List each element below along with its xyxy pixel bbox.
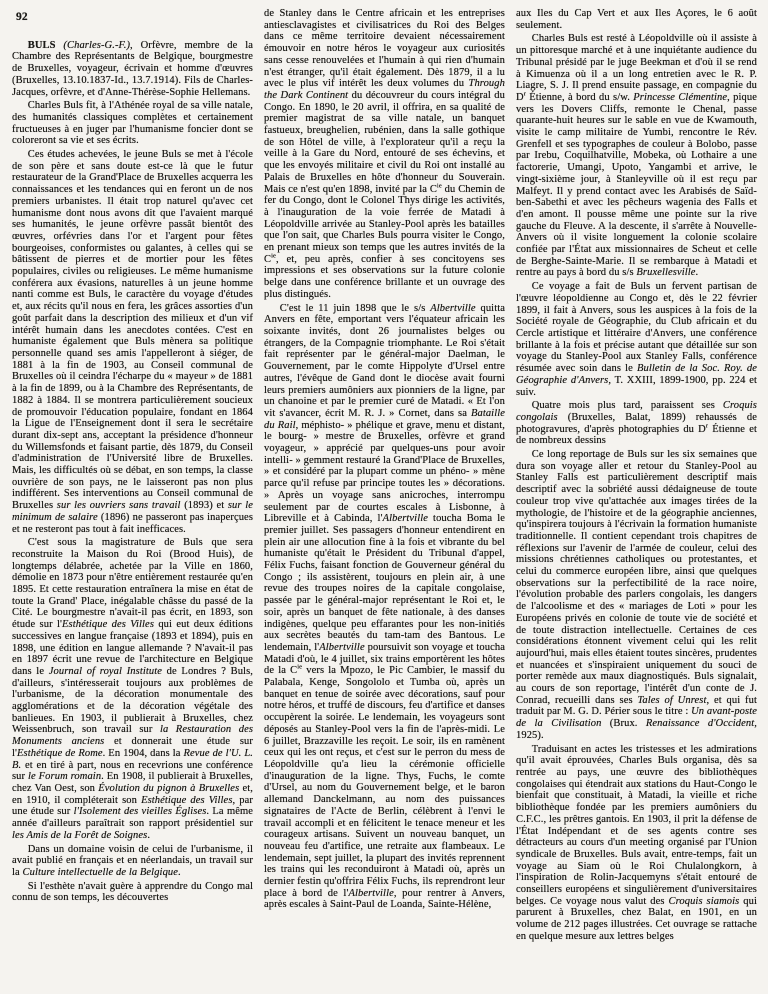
paragraph: Si l'esthète n'avait guère à apprendre d… (12, 881, 253, 904)
text-run: sur les ouvriers sans travail (57, 500, 181, 511)
paragraph: Traduisant en actes les tristesses et le… (516, 744, 757, 943)
text-run: Quatre mois plus tard, paraissent ses (532, 400, 723, 411)
column-1: 92 BULS (Charles-G.-F.), Orfèvre, membre… (12, 8, 253, 988)
text-run: . En 1904, dans la (103, 748, 184, 759)
text-run: Croquis siamois (668, 896, 739, 907)
paragraph: de Stanley dans le Centre africain et le… (264, 8, 505, 301)
text-run: Charles Buls fit, à l'Athénée royal de s… (12, 100, 253, 146)
paragraph: C'est le 11 juin 1898 que le s/s Albertv… (264, 303, 505, 912)
paragraph: Quatre mois plus tard, paraissent ses Cr… (516, 400, 757, 447)
text-run: Ces études achevées, le jeune Buls se me… (12, 149, 253, 511)
column-1-text: BULS (Charles-G.-F.), Orfèvre, membre de… (12, 40, 253, 904)
text-run: , et, peu après, confier à ses concitoye… (264, 254, 505, 300)
text-run: Albertville (319, 642, 364, 653)
text-run: Albertville (430, 303, 475, 314)
column-3-text: aux Iles du Cap Vert et aux Iles Açores,… (516, 8, 757, 943)
paragraph: Ce long reportage de Buls sur les six se… (516, 449, 757, 742)
text-run: (1893) et (181, 500, 228, 511)
text-run: du Chemin de fer du Congo, dont le Colon… (264, 184, 505, 265)
text-run: . (147, 830, 150, 841)
text-run: (Brux. (601, 718, 645, 729)
text-run: du découvreur du cours intégral du Congo… (264, 90, 505, 195)
text-run: Bruxellesville (636, 267, 695, 278)
text-run: l'Isolement des vieilles Églises (74, 806, 207, 817)
paragraph: Charles Buls est resté à Léopoldville où… (516, 33, 757, 279)
paragraph: Dans un domaine voisin de celui de l'urb… (12, 844, 253, 879)
page-number: 92 (16, 12, 253, 24)
text-run: Renaissance d'Occident (646, 718, 754, 729)
document-page: 92 BULS (Charles-G.-F.), Orfèvre, membre… (0, 0, 768, 994)
paragraph: aux Iles du Cap Vert et aux Iles Açores,… (516, 8, 757, 31)
column-3: aux Iles du Cap Vert et aux Iles Açores,… (516, 8, 757, 988)
text-run: Ce voyage a fait de Buls un fervent part… (516, 281, 757, 374)
text-run: Étienne, à bord du s/w. (526, 92, 633, 103)
text-run: BULS (28, 40, 64, 51)
text-run: Si l'esthète n'avait guère à apprendre d… (12, 881, 253, 904)
text-run: les Amis de la Forêt de Soignes (12, 830, 147, 841)
column-2: de Stanley dans le Centre africain et le… (264, 8, 505, 988)
text-run: Esthétique de Rome (17, 748, 103, 759)
paragraph: Charles Buls fit, à l'Athénée royal de s… (12, 100, 253, 147)
text-run: . (696, 267, 699, 278)
text-run: C'est le 11 juin 1898 que le s/s (280, 303, 430, 314)
text-run: Albertville (348, 888, 393, 899)
text-run: quitta Anvers en fête, emportant vers l'… (264, 303, 505, 419)
text-run: . (178, 867, 181, 878)
text-run: aux Iles du Cap Vert et aux Iles Açores,… (516, 8, 757, 31)
text-run: Tales of Unrest (637, 695, 706, 706)
text-run: Princesse Clémentine (633, 92, 727, 103)
text-run: , pique vers les Dovers Cliffs, remonte … (516, 92, 757, 279)
text-run: Albertville (383, 513, 428, 524)
paragraph: BULS (Charles-G.-F.), Orfèvre, membre de… (12, 40, 253, 99)
text-run: , méphisto- » phélique et grave, menu et… (264, 420, 505, 525)
paragraph: C'est sous la magistrature de Buls que s… (12, 537, 253, 841)
text-run: C'est sous la magistrature de Buls que s… (12, 537, 253, 630)
text-run: Traduisant en actes les tristesses et le… (516, 744, 757, 907)
text-run: Ce long reportage de Buls sur les six se… (516, 449, 757, 706)
text-run: (Charles-G.-F.) (63, 40, 130, 51)
text-run: le Forum romain (28, 771, 101, 782)
text-run: Esthétique des Villes (141, 795, 232, 806)
paragraph: Ces études achevées, le jeune Buls se me… (12, 149, 253, 535)
column-2-text: de Stanley dans le Centre africain et le… (264, 8, 505, 911)
text-run: toucha Boma le premier juillet. Ses pass… (264, 513, 505, 653)
text-run: vers la Mpozo, le Pic Cambier, le massif… (264, 665, 505, 898)
text-run: Évolution du pignon à Bruxelles (98, 783, 239, 794)
paragraph: Ce voyage a fait de Buls un fervent part… (516, 281, 757, 398)
text-run: Culture intellectuelle de la Belgique (23, 867, 179, 878)
text-run: Esthétique des Villes (62, 619, 154, 630)
text-run: Journal of royal Institute (49, 666, 162, 677)
